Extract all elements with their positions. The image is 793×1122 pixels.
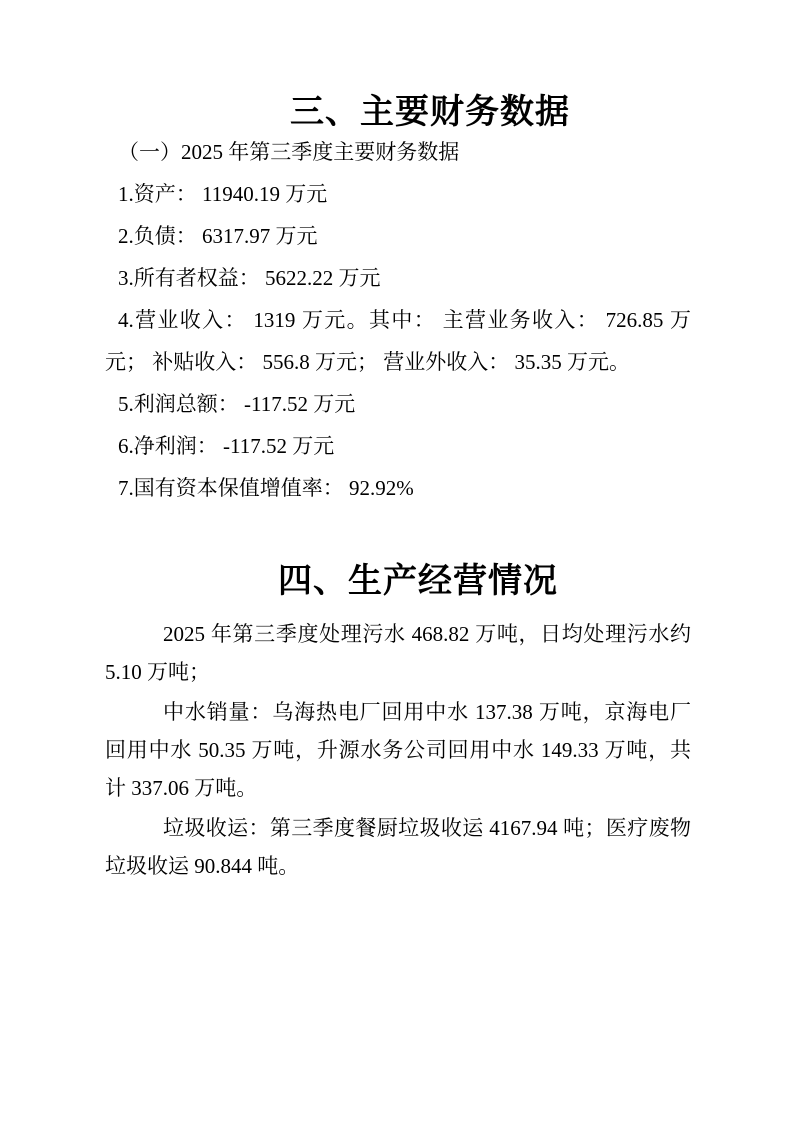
section-4-heading: 四、生产经营情况 bbox=[105, 565, 691, 599]
section-3-subheading: （一）2025 年第三季度主要财务数据 bbox=[105, 131, 691, 173]
ops-paragraph-reclaimed-water-sales: 中水销量：乌海热电厂回用中水 137.38 万吨，京海电厂回用中水 50.35 … bbox=[105, 693, 691, 807]
financial-item-net-profit: 6.净利润： -117.52 万元 bbox=[105, 425, 691, 467]
financial-item-liabilities: 2.负债： 6317.97 万元 bbox=[105, 215, 691, 257]
ops-paragraph-waste-collection: 垃圾收运：第三季度餐厨垃圾收运 4167.94 吨；医疗废物垃圾收运 90.84… bbox=[105, 809, 691, 885]
document-page: 三、主要财务数据 （一）2025 年第三季度主要财务数据 1.资产： 11940… bbox=[0, 0, 793, 1122]
financial-item-operating-revenue: 4.营业收入： 1319 万元。其中： 主营业务收入： 726.85 万元； 补… bbox=[105, 299, 691, 383]
financial-item-capital-preservation-rate: 7.国有资本保值增值率： 92.92% bbox=[105, 467, 691, 509]
operations-body: 2025 年第三季度处理污水 468.82 万吨，日均处理污水约 5.10 万吨… bbox=[105, 615, 691, 885]
ops-paragraph-sewage-treatment: 2025 年第三季度处理污水 468.82 万吨，日均处理污水约 5.10 万吨… bbox=[105, 615, 691, 691]
financial-item-assets: 1.资产： 11940.19 万元 bbox=[105, 173, 691, 215]
section-3-heading: 三、主要财务数据 bbox=[105, 0, 691, 130]
financial-item-owners-equity: 3.所有者权益： 5622.22 万元 bbox=[105, 257, 691, 299]
financial-item-total-profit: 5.利润总额： -117.52 万元 bbox=[105, 383, 691, 425]
financial-data-list: （一）2025 年第三季度主要财务数据 1.资产： 11940.19 万元 2.… bbox=[105, 131, 691, 509]
